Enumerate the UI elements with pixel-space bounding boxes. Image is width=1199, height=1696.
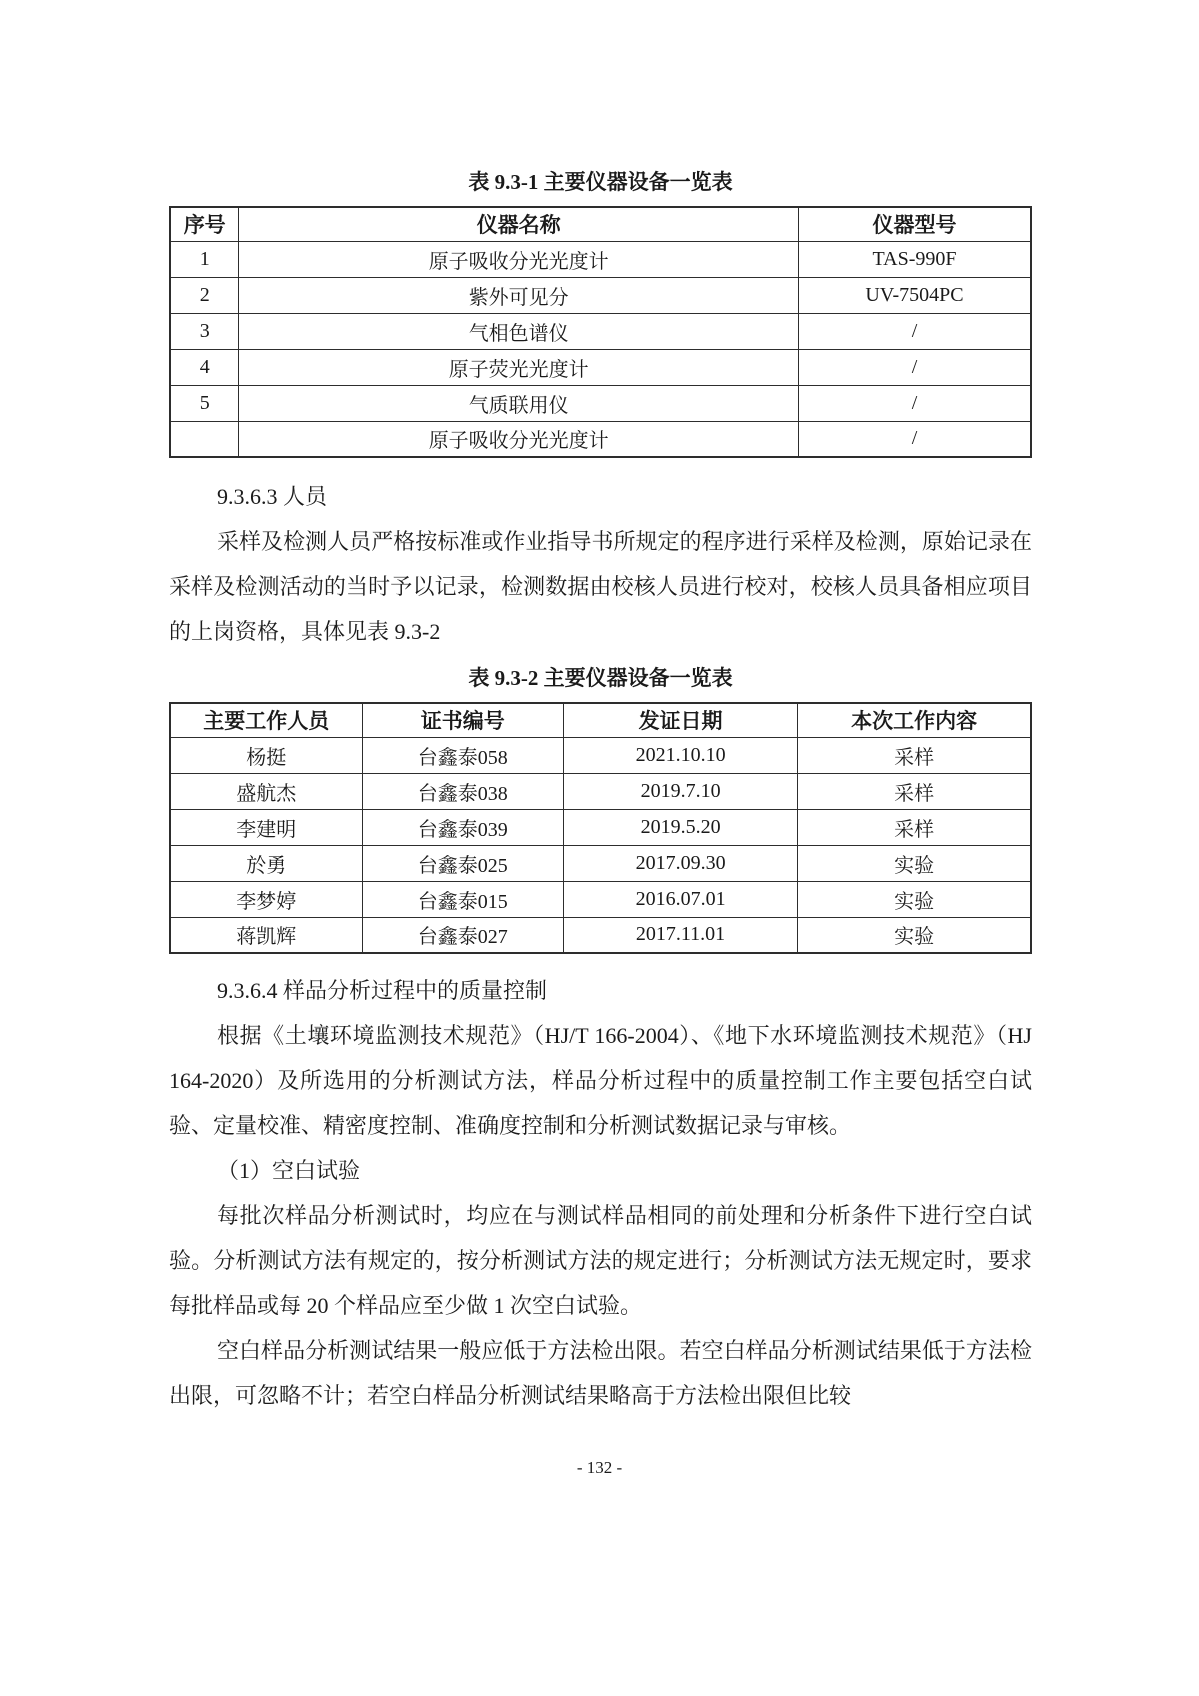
paragraph-personnel: 采样及检测人员严格按标准或作业指导书所规定的程序进行采样及检测，原始记录在采样及… xyxy=(169,519,1032,654)
table-cell: 台鑫泰025 xyxy=(362,845,563,881)
subsection-heading-blank-test: （1）空白试验 xyxy=(169,1148,1032,1193)
table-cell: 2019.5.20 xyxy=(563,809,797,845)
table-cell: 2017.11.01 xyxy=(563,917,797,953)
table-9-3-2-title: 表 9.3-2 主要仪器设备一览表 xyxy=(169,664,1032,692)
table-cell: 采样 xyxy=(798,737,1031,773)
table-cell xyxy=(170,421,239,457)
table-row: 蒋凯辉 台鑫泰027 2017.11.01 实验 xyxy=(170,917,1031,953)
paragraph-blank-test-2: 空白样品分析测试结果一般应低于方法检出限。若空白样品分析测试结果低于方法检出限，… xyxy=(169,1328,1032,1418)
table-cell: TAS-990F xyxy=(799,241,1031,277)
table-cell: 原子吸收分光光度计 xyxy=(239,241,799,277)
table-row: 5 气质联用仪 / xyxy=(170,385,1031,421)
table-cell: 实验 xyxy=(798,917,1031,953)
table-row: 於勇 台鑫泰025 2017.09.30 实验 xyxy=(170,845,1031,881)
table-cell: 5 xyxy=(170,385,239,421)
paragraph-blank-test-1: 每批次样品分析测试时，均应在与测试样品相同的前处理和分析条件下进行空白试验。分析… xyxy=(169,1193,1032,1328)
table-cell: 气质联用仪 xyxy=(239,385,799,421)
table-cell: 台鑫泰039 xyxy=(362,809,563,845)
column-header-work-content: 本次工作内容 xyxy=(798,703,1031,737)
table-row: 2 紫外可见分 UV-7504PC xyxy=(170,277,1031,313)
table-cell: 3 xyxy=(170,313,239,349)
table-row: 盛航杰 台鑫泰038 2019.7.10 采样 xyxy=(170,773,1031,809)
table-cell: 紫外可见分 xyxy=(239,277,799,313)
table-row: 3 气相色谱仪 / xyxy=(170,313,1031,349)
table-row: 原子吸收分光光度计 / xyxy=(170,421,1031,457)
table-cell: 采样 xyxy=(798,773,1031,809)
column-header-certificate-no: 证书编号 xyxy=(362,703,563,737)
table-row: 杨挺 台鑫泰058 2021.10.10 采样 xyxy=(170,737,1031,773)
table-cell: 2021.10.10 xyxy=(563,737,797,773)
table-cell: UV-7504PC xyxy=(799,277,1031,313)
table-cell: 4 xyxy=(170,349,239,385)
table-cell: 采样 xyxy=(798,809,1031,845)
table-cell: 台鑫泰038 xyxy=(362,773,563,809)
table-cell: 台鑫泰015 xyxy=(362,881,563,917)
table-cell: / xyxy=(799,313,1031,349)
table-cell: 气相色谱仪 xyxy=(239,313,799,349)
table-cell: 2 xyxy=(170,277,239,313)
column-header-issue-date: 发证日期 xyxy=(563,703,797,737)
page-number: - 132 - xyxy=(0,1458,1199,1478)
table-cell: 台鑫泰058 xyxy=(362,737,563,773)
column-header-instrument-model: 仪器型号 xyxy=(799,207,1031,241)
table-row: 4 原子荧光光度计 / xyxy=(170,349,1031,385)
section-heading-9-3-6-4: 9.3.6.4 样品分析过程中的质量控制 xyxy=(169,968,1032,1013)
table-cell: 实验 xyxy=(798,845,1031,881)
column-header-index: 序号 xyxy=(170,207,239,241)
table-cell: 盛航杰 xyxy=(170,773,362,809)
table-row: 李梦婷 台鑫泰015 2016.07.01 实验 xyxy=(170,881,1031,917)
table-cell: 原子荧光光度计 xyxy=(239,349,799,385)
table-cell: 实验 xyxy=(798,881,1031,917)
table-cell: / xyxy=(799,349,1031,385)
table-cell: 杨挺 xyxy=(170,737,362,773)
section-heading-9-3-6-3: 9.3.6.3 人员 xyxy=(169,474,1032,519)
table-row: 李建明 台鑫泰039 2019.5.20 采样 xyxy=(170,809,1031,845)
table-cell: 2019.7.10 xyxy=(563,773,797,809)
table-cell: 李梦婷 xyxy=(170,881,362,917)
personnel-table: 主要工作人员 证书编号 发证日期 本次工作内容 杨挺 台鑫泰058 2021.1… xyxy=(169,702,1032,954)
table-cell: / xyxy=(799,421,1031,457)
table-cell: 李建明 xyxy=(170,809,362,845)
table-cell: / xyxy=(799,385,1031,421)
table-cell: 蒋凯辉 xyxy=(170,917,362,953)
table-cell: 台鑫泰027 xyxy=(362,917,563,953)
column-header-staff: 主要工作人员 xyxy=(170,703,362,737)
table-cell: 於勇 xyxy=(170,845,362,881)
table-header-row: 序号 仪器名称 仪器型号 xyxy=(170,207,1031,241)
table-header-row: 主要工作人员 证书编号 发证日期 本次工作内容 xyxy=(170,703,1031,737)
instruments-table: 序号 仪器名称 仪器型号 1 原子吸收分光光度计 TAS-990F 2 紫外可见… xyxy=(169,206,1032,458)
table-cell: 2016.07.01 xyxy=(563,881,797,917)
document-page: 表 9.3-1 主要仪器设备一览表 序号 仪器名称 仪器型号 1 原子吸收分光光… xyxy=(0,0,1199,1696)
table-cell: 1 xyxy=(170,241,239,277)
paragraph-quality-control: 根据《土壤环境监测技术规范》（HJ/T 166-2004）、《地下水环境监测技术… xyxy=(169,1013,1032,1148)
table-9-3-1-title: 表 9.3-1 主要仪器设备一览表 xyxy=(169,168,1032,196)
table-cell: 2017.09.30 xyxy=(563,845,797,881)
table-cell: 原子吸收分光光度计 xyxy=(239,421,799,457)
table-row: 1 原子吸收分光光度计 TAS-990F xyxy=(170,241,1031,277)
column-header-instrument-name: 仪器名称 xyxy=(239,207,799,241)
